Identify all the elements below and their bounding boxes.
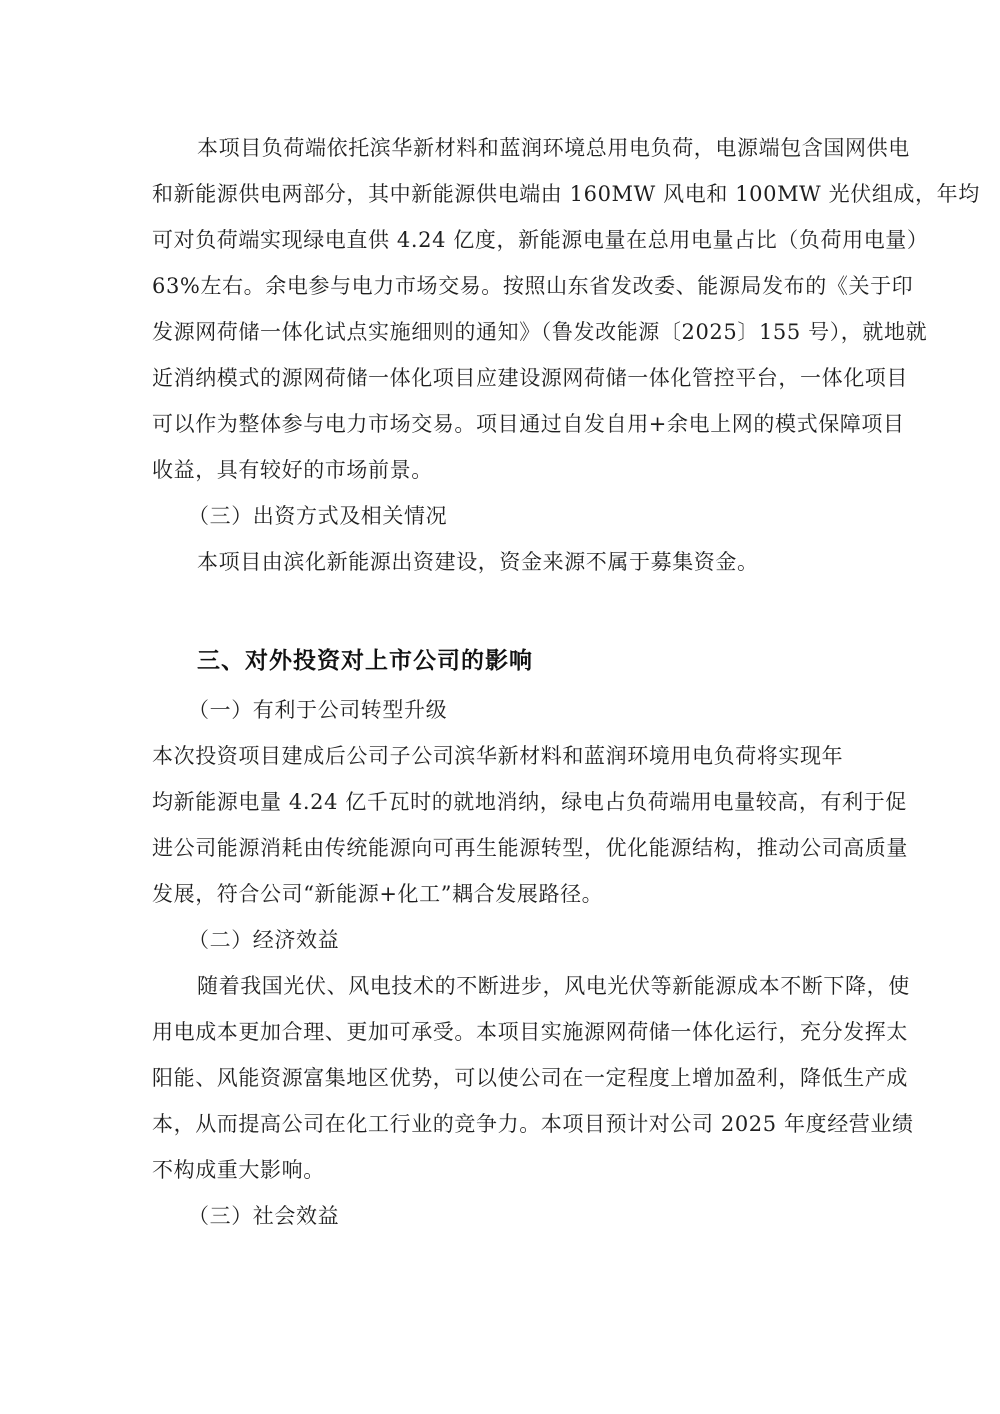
paragraph-line: 发源网荷储一体化试点实施细则的通知》（鲁发改能源〔2025〕155 号），就地就: [152, 319, 852, 345]
subsection-heading-funding: （三）出资方式及相关情况: [188, 503, 888, 529]
paragraph-line: 不构成重大影响。: [152, 1157, 852, 1183]
paragraph-line: 均新能源电量 4.24 亿千瓦时的就地消纳，绿电占负荷端用电量较高，有利于促: [152, 789, 852, 815]
paragraph-line: 可以作为整体参与电力市场交易。项目通过自发自用+余电上网的模式保障项目: [152, 411, 852, 437]
paragraph-line: 阳能、风能资源富集地区优势，可以使公司在一定程度上增加盈利，降低生产成: [152, 1065, 852, 1091]
paragraph-line: 进公司能源消耗由传统能源向可再生能源转型，优化能源结构，推动公司高质量: [152, 835, 852, 861]
paragraph-line: 本项目负荷端依托滨华新材料和蓝润环境总用电负荷，电源端包含国网供电: [197, 135, 897, 161]
paragraph-line: 本项目由滨化新能源出资建设，资金来源不属于募集资金。: [197, 549, 897, 575]
paragraph-line: 发展，符合公司“新能源+化工”耦合发展路径。: [152, 881, 852, 907]
paragraph-line: 近消纳模式的源网荷储一体化项目应建设源网荷储一体化管控平台，一体化项目: [152, 365, 852, 391]
paragraph-line: 63%左右。余电参与电力市场交易。按照山东省发改委、能源局发布的《关于印: [152, 273, 852, 299]
subsection-heading-economic: （二）经济效益: [188, 927, 888, 953]
paragraph-line: 本次投资项目建成后公司子公司滨华新材料和蓝润环境用电负荷将实现年: [152, 743, 852, 769]
paragraph-line: 和新能源供电两部分，其中新能源供电端由 160MW 风电和 100MW 光伏组成…: [152, 181, 852, 207]
section-heading-impact: 三、对外投资对上市公司的影响: [197, 647, 533, 675]
paragraph-line: 随着我国光伏、风电技术的不断进步，风电光伏等新能源成本不断下降，使: [197, 973, 897, 999]
paragraph-line: 本，从而提高公司在化工行业的竞争力。本项目预计对公司 2025 年度经营业绩: [152, 1111, 852, 1137]
subsection-heading-social: （三）社会效益: [188, 1203, 888, 1229]
paragraph-line: 可对负荷端实现绿电直供 4.24 亿度，新能源电量在总用电量占比（负荷用电量）: [152, 227, 852, 253]
document-page: 本项目负荷端依托滨华新材料和蓝润环境总用电负荷，电源端包含国网供电 和新能源供电…: [0, 0, 1000, 1414]
paragraph-line: 收益，具有较好的市场前景。: [152, 457, 852, 483]
paragraph-line: 用电成本更加合理、更加可承受。本项目实施源网荷储一体化运行，充分发挥太: [152, 1019, 852, 1045]
subsection-heading-transformation: （一）有利于公司转型升级: [188, 697, 888, 723]
